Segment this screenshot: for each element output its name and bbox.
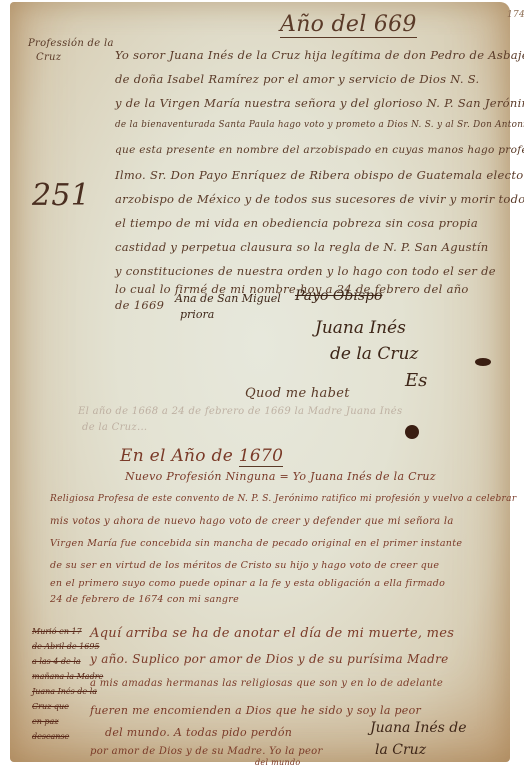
text-line: mis votos y ahora de nuevo hago voto de … bbox=[50, 516, 454, 527]
text-line: Ilmo. Sr. Don Payo Enríquez de Ribera ob… bbox=[115, 168, 523, 182]
final-line: fueren me encomienden a Dios que he sido… bbox=[90, 704, 421, 717]
marginal-note: descanse bbox=[32, 729, 92, 744]
text-line: que esta presente en nombre del arzobisp… bbox=[115, 144, 524, 156]
text-line: Religiosa Profesa de este convento de N.… bbox=[50, 494, 516, 504]
heading-1670-prefix: En el Año de bbox=[120, 446, 233, 466]
note-quod: Quod me habet bbox=[245, 386, 350, 401]
ink-blot bbox=[475, 358, 491, 366]
text-line: lo cual lo firmé de mi nombre hoy a 24 d… bbox=[115, 282, 469, 296]
ink-blot bbox=[405, 425, 419, 439]
final-line: del mundo. A todas pido perdón bbox=[105, 726, 292, 739]
final-line: Aquí arriba se ha de anotar el día de mi… bbox=[90, 626, 454, 641]
text-line: Yo soror Juana Inés de la Cruz hija legí… bbox=[115, 48, 524, 62]
signer-name-line-2: de la Cruz bbox=[330, 344, 418, 364]
text-line: de la bienaventurada Santa Paula hago vo… bbox=[115, 120, 524, 130]
signature-flourish: Es bbox=[405, 370, 427, 391]
final-signature-line-2: la Cruz bbox=[375, 742, 426, 758]
heading-1669: Año del 669 bbox=[280, 12, 417, 38]
margin-note-top-line-1: Professión de la bbox=[28, 38, 114, 49]
text-line: arzobispo de México y de todos sus suces… bbox=[115, 192, 524, 206]
text-line: Virgen María fue concebida sin mancha de… bbox=[50, 538, 462, 549]
text-line: de 1669 bbox=[115, 298, 164, 312]
text-line: el tiempo de mi vida en obediencia pobre… bbox=[115, 216, 478, 230]
marginal-note: Cruz que bbox=[32, 699, 92, 714]
text-line: castidad y perpetua clausura so la regla… bbox=[115, 240, 488, 254]
marginal-note: a las 4 de la bbox=[32, 654, 92, 669]
margin-note-top-line-2: Cruz bbox=[36, 52, 61, 63]
marginal-note: Murió en 17 bbox=[32, 624, 92, 639]
witness-title: priora bbox=[180, 308, 214, 321]
closing-note: del mundo bbox=[255, 758, 301, 767]
signer-name-line-1: Juana Inés bbox=[315, 318, 406, 338]
marginal-note: Juana Inés de la bbox=[32, 684, 92, 699]
text-line: 24 de febrero de 1674 con mi sangre bbox=[50, 594, 239, 605]
marginal-note: mañana la Madre bbox=[32, 669, 92, 684]
witness-name: Ana de San Miguel bbox=[175, 292, 281, 305]
final-line: y año. Suplico por amor de Dios y de su … bbox=[90, 652, 449, 666]
final-line: por amor de Dios y de su Madre. Yo la pe… bbox=[90, 746, 323, 757]
heading-1670: En el Año de 1670 bbox=[120, 446, 283, 466]
side-number: 251 bbox=[32, 178, 90, 213]
faint-note-line-1: El año de 1668 a 24 de febrero de 1669 l… bbox=[78, 406, 402, 417]
text-line: de su ser en virtud de los méritos de Cr… bbox=[50, 560, 439, 571]
heading-1670-year: 1670 bbox=[239, 446, 283, 467]
text-line: y constituciones de nuestra orden y lo h… bbox=[115, 264, 496, 278]
struck-signature: Payo Obispo bbox=[295, 288, 382, 304]
text-line: de doña Isabel Ramírez por el amor y ser… bbox=[115, 72, 480, 86]
marginal-struck-notes: Murió en 17 de Abril de 1695 a las 4 de … bbox=[32, 624, 92, 744]
final-line: a mis amadas hermanas las religiosas que… bbox=[90, 678, 443, 689]
manuscript-page: 174 Professión de la Cruz Año del 669 25… bbox=[10, 2, 510, 762]
folio-number: 174 bbox=[507, 10, 524, 20]
text-line: en el primero suyo como puede opinar a l… bbox=[50, 578, 445, 589]
marginal-note: de Abril de 1695 bbox=[32, 639, 92, 654]
text-line: y de la Virgen María nuestra señora y de… bbox=[115, 96, 524, 110]
text-line: Nuevo Profesión Ninguna = Yo Juana Inés … bbox=[125, 470, 436, 483]
marginal-note: en paz bbox=[32, 714, 92, 729]
faint-note-line-2: de la Cruz... bbox=[82, 422, 147, 433]
final-signature-line-1: Juana Inés de bbox=[370, 720, 467, 736]
